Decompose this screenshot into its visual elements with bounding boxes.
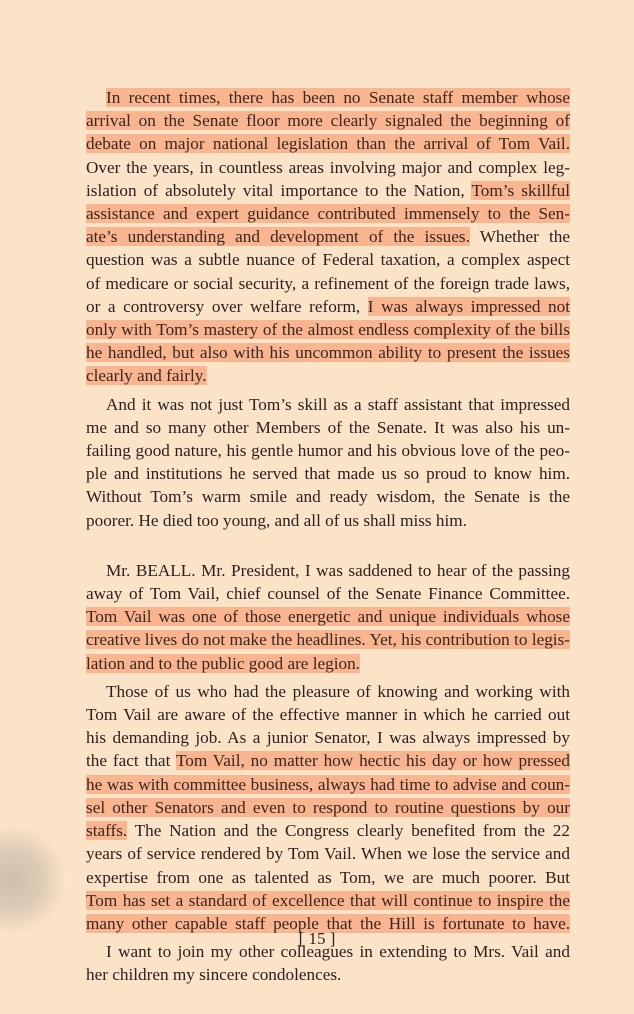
text-segment: her children my sincere condolences. xyxy=(86,965,341,984)
text-segment: failing good nature, his gentle humor an… xyxy=(86,441,570,460)
paragraph: And it was not just Tom’s skill as a sta… xyxy=(66,393,570,532)
highlighted-text: clearly and fairly. xyxy=(86,366,207,385)
text-line: failing good nature, his gentle humor an… xyxy=(66,439,570,462)
highlighted-text: Tom Vail, no matter how hectic his day o… xyxy=(176,751,570,770)
text-line: he handled, but also with his uncommon a… xyxy=(66,341,570,364)
paragraph: In recent times, there has been no Senat… xyxy=(66,86,570,388)
body-text: In recent times, there has been no Senat… xyxy=(66,86,570,987)
highlighted-text: Tom Vail was one of those energetic and … xyxy=(86,607,570,626)
text-segment: the fact that xyxy=(86,751,176,770)
highlighted-text: Tom has set a standard of excellence tha… xyxy=(86,891,570,910)
highlighted-text: sel other Senators and even to respond t… xyxy=(86,798,570,817)
text-segment: Tom Vail are aware of the effective mann… xyxy=(86,705,570,724)
text-line: debate on major national legislation tha… xyxy=(66,132,570,155)
text-line: Over the years, in countless areas invol… xyxy=(66,156,570,179)
text-line: only with Tom’s mastery of the almost en… xyxy=(66,318,570,341)
highlighted-text: I was always impressed not xyxy=(368,297,570,316)
text-line: of medicare or social security, a refine… xyxy=(66,272,570,295)
highlighted-text: staffs. xyxy=(86,821,127,840)
text-line: ple and institutions he served that made… xyxy=(66,462,570,485)
highlighted-text: lation and to the public good are legion… xyxy=(86,654,360,673)
text-segment: years of service rendered by Tom Vail. W… xyxy=(86,844,570,863)
highlighted-text: Tom’s skillful xyxy=(471,181,570,200)
text-line: question was a subtle nuance of Federal … xyxy=(66,248,570,271)
text-line: Without Tom’s warm smile and ready wisdo… xyxy=(66,485,570,508)
page-number: [ 15 ] xyxy=(0,929,634,949)
text-segment: Whether the xyxy=(470,227,570,246)
paragraph: Those of us who had the pleasure of know… xyxy=(66,680,570,935)
highlighted-text: he was with committee business, always h… xyxy=(86,775,570,794)
highlighted-text: assistance and expert guidance contribut… xyxy=(86,204,570,223)
text-line: Tom Vail are aware of the effective mann… xyxy=(66,703,570,726)
text-line: the fact that Tom Vail, no matter how he… xyxy=(66,749,570,772)
paragraph: Mr. BEALL. Mr. President, I was saddened… xyxy=(66,559,570,675)
text-line: expertise from one as talented as Tom, w… xyxy=(66,866,570,889)
text-line: arrival on the Senate floor more clearly… xyxy=(66,109,570,132)
text-line: years of service rendered by Tom Vail. W… xyxy=(66,842,570,865)
highlighted-text: he handled, but also with his uncommon a… xyxy=(86,343,570,362)
text-line: me and so many other Members of the Sena… xyxy=(66,416,570,439)
text-line: sel other Senators and even to respond t… xyxy=(66,796,570,819)
text-line: poorer. He died too young, and all of us… xyxy=(66,509,570,532)
highlighted-text: arrival on the Senate floor more clearly… xyxy=(86,111,570,130)
text-line: assistance and expert guidance contribut… xyxy=(66,202,570,225)
highlighted-text: creative lives do not make the headlines… xyxy=(86,630,570,649)
text-line: And it was not just Tom’s skill as a sta… xyxy=(66,393,570,416)
text-segment: ple and institutions he served that made… xyxy=(86,464,570,483)
text-line: lation and to the public good are legion… xyxy=(66,652,570,675)
text-segment: me and so many other Members of the Sena… xyxy=(86,418,570,437)
text-line: In recent times, there has been no Senat… xyxy=(66,86,570,109)
text-segment: away of Tom Vail, chief counsel of the S… xyxy=(86,584,570,603)
text-segment: poorer. He died too young, and all of us… xyxy=(86,511,467,530)
text-line: creative lives do not make the headlines… xyxy=(66,628,570,651)
text-segment: expertise from one as talented as Tom, w… xyxy=(86,868,570,887)
text-segment: Over the years, in countless areas invol… xyxy=(86,158,570,177)
text-line: or a controversy over welfare reform, I … xyxy=(66,295,570,318)
text-line: his demanding job. As a junior Senator, … xyxy=(66,726,570,749)
highlighted-text: In recent times, there has been no Senat… xyxy=(106,88,570,107)
text-segment: Mr. BEALL. Mr. President, I was saddened… xyxy=(106,561,570,580)
text-segment: of medicare or social security, a refine… xyxy=(86,274,570,293)
text-line: islation of absolutely vital importance … xyxy=(66,179,570,202)
text-line: Tom has set a standard of excellence tha… xyxy=(66,889,570,912)
highlighted-text: ate’s understanding and development of t… xyxy=(86,227,470,246)
text-segment: his demanding job. As a junior Senator, … xyxy=(86,728,570,747)
highlighted-text: only with Tom’s mastery of the almost en… xyxy=(86,320,570,339)
highlighted-text: debate on major national legislation tha… xyxy=(86,134,570,153)
document-page: In recent times, there has been no Senat… xyxy=(0,0,634,1014)
text-line: away of Tom Vail, chief counsel of the S… xyxy=(66,582,570,605)
text-line: Tom Vail was one of those energetic and … xyxy=(66,605,570,628)
text-line: he was with committee business, always h… xyxy=(66,773,570,796)
text-segment: Those of us who had the pleasure of know… xyxy=(106,682,570,701)
text-segment: The Nation and the Congress clearly bene… xyxy=(127,821,570,840)
text-segment: Without Tom’s warm smile and ready wisdo… xyxy=(86,487,570,506)
text-segment: or a controversy over welfare reform, xyxy=(86,297,368,316)
text-segment: question was a subtle nuance of Federal … xyxy=(86,250,570,269)
text-line: staffs. The Nation and the Congress clea… xyxy=(66,819,570,842)
text-line: clearly and fairly. xyxy=(66,364,570,387)
text-line: Mr. BEALL. Mr. President, I was saddened… xyxy=(66,559,570,582)
text-line: ate’s understanding and development of t… xyxy=(66,225,570,248)
text-line: her children my sincere condolences. xyxy=(66,963,570,986)
text-segment: And it was not just Tom’s skill as a sta… xyxy=(106,395,570,414)
text-segment: islation of absolutely vital importance … xyxy=(86,181,471,200)
text-line: Those of us who had the pleasure of know… xyxy=(66,680,570,703)
